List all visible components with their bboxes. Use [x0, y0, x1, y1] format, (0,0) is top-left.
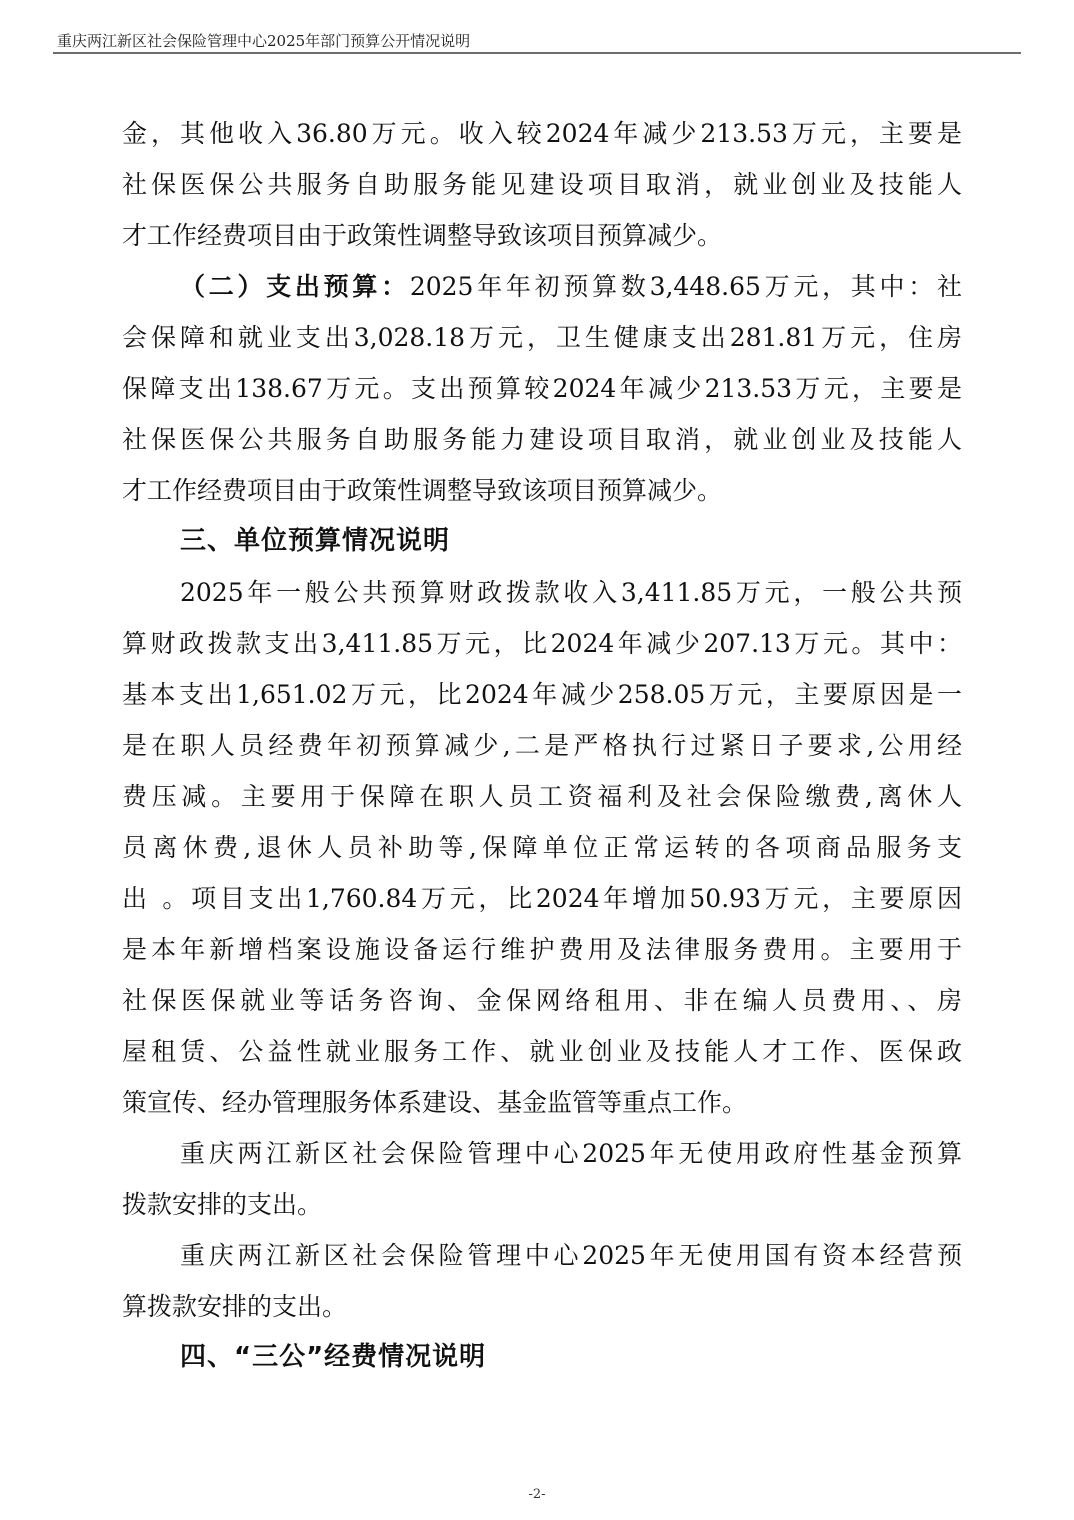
text-line: 算拨款安排的支出。	[122, 1281, 962, 1332]
text-line: 是本年新增档案设施设备运行维护费用及法律服务费用。主要用于	[122, 924, 962, 975]
text-line: 员离休费,退休人员补助等,保障单位正常运转的各项商品服务支	[122, 822, 962, 873]
text-line: 社保医保公共服务自助服务能见建设项目取消，就业创业及技能人	[122, 159, 962, 210]
text-line: 算财政拨款支出3,411.85万元，比2024年减少207.13万元。其中：	[122, 618, 962, 669]
text-line: 2025年一般公共预算财政拨款收入3,411.85万元，一般公共预	[122, 567, 962, 618]
text-line: 拨款安排的支出。	[122, 1179, 962, 1230]
page-number: -2-	[0, 1487, 1074, 1502]
text-line: （二）支出预算：2025年年初预算数3,448.65万元，其中：社	[122, 261, 962, 312]
text-line: 屋租赁、公益性就业服务工作、就业创业及技能人才工作、医保政	[122, 1026, 962, 1077]
text-line: 社保医保就业等话务咨询、金保网络租用、非在编人员费用、、房	[122, 975, 962, 1026]
text-line: 保障支出138.67万元。支出预算较2024年减少213.53万元，主要是	[122, 363, 962, 414]
document-body: 金，其他收入36.80万元。收入较2024年减少213.53万元，主要是 社保医…	[122, 108, 962, 1383]
paragraph-state-capital: 重庆两江新区社会保险管理中心2025年无使用国有资本经营预 算拨款安排的支出。	[122, 1230, 962, 1332]
text-line: 是在职人员经费年初预算减少,二是严格执行过紧日子要求,公用经	[122, 720, 962, 771]
section-heading-3: 三、单位预算情况说明	[122, 516, 962, 567]
text-line: 会保障和就业支出3,028.18万元，卫生健康支出281.81万元，住房	[122, 312, 962, 363]
paragraph-income-continued: 金，其他收入36.80万元。收入较2024年减少213.53万元，主要是 社保医…	[122, 108, 962, 261]
running-header: 重庆两江新区社会保险管理中心2025年部门预算公开情况说明	[57, 30, 470, 51]
subsection-lead: （二）支出预算：	[180, 272, 410, 301]
header-rule	[53, 52, 1021, 54]
text-line: 基本支出1,651.02万元，比2024年减少258.05万元，主要原因是一	[122, 669, 962, 720]
section-heading-4: 四、“三公”经费情况说明	[122, 1332, 962, 1383]
text-line: 社保医保公共服务自助服务能力建设项目取消，就业创业及技能人	[122, 414, 962, 465]
text-line: 金，其他收入36.80万元。收入较2024年减少213.53万元，主要是	[122, 108, 962, 159]
paragraph-government-fund: 重庆两江新区社会保险管理中心2025年无使用政府性基金预算 拨款安排的支出。	[122, 1128, 962, 1230]
text-line: 重庆两江新区社会保险管理中心2025年无使用国有资本经营预	[122, 1230, 962, 1281]
text-line: 才工作经费项目由于政策性调整导致该项目预算减少。	[122, 465, 962, 516]
text-span: 2025年年初预算数3,448.65万元，其中：社	[410, 272, 962, 301]
text-line: 重庆两江新区社会保险管理中心2025年无使用政府性基金预算	[122, 1128, 962, 1179]
text-line: 费压减。主要用于保障在职人员工资福利及社会保险缴费,离休人	[122, 771, 962, 822]
paragraph-general-budget: 2025年一般公共预算财政拨款收入3,411.85万元，一般公共预 算财政拨款支…	[122, 567, 962, 1128]
paragraph-expenditure-budget: （二）支出预算：2025年年初预算数3,448.65万元，其中：社 会保障和就业…	[122, 261, 962, 516]
text-line: 出 。项目支出1,760.84万元，比2024年增加50.93万元，主要原因	[122, 873, 962, 924]
text-line: 才工作经费项目由于政策性调整导致该项目预算减少。	[122, 210, 962, 261]
text-line: 策宣传、经办管理服务体系建设、基金监管等重点工作。	[122, 1077, 962, 1128]
